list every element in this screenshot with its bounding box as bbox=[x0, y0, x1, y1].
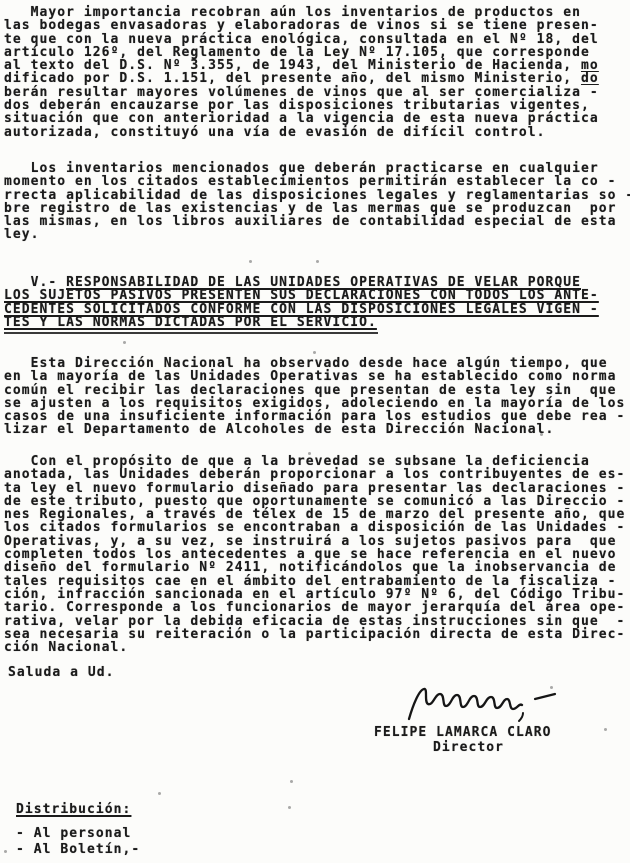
scan-noise-dot bbox=[290, 780, 293, 783]
section-heading-underlined-text: RESPONSABILIDAD DE LAS UNIDADES OPERATIV… bbox=[4, 275, 599, 330]
scanned-letter: Mayor importancia recobran aún los inven… bbox=[0, 0, 630, 863]
scan-noise-dot bbox=[540, 433, 543, 436]
paragraph-inventarios: Mayor importancia recobran aún los inven… bbox=[4, 6, 599, 139]
paragraph-proposito: Con el propósito de que a la brevedad se… bbox=[4, 455, 625, 654]
scan-noise-dot bbox=[308, 452, 311, 455]
signer-name: FELIPE LAMARCA CLARO bbox=[374, 726, 552, 739]
scan-noise-dot bbox=[550, 686, 553, 689]
section-heading-v: V.- RESPONSABILIDAD DE LAS UNIDADES OPER… bbox=[4, 276, 599, 329]
distribution-item-personal: - Al personal bbox=[16, 826, 131, 841]
paragraph-text: berán resultar mayores volúmenes de vino… bbox=[4, 85, 599, 140]
closing-salutation: Saluda a Ud. bbox=[8, 666, 115, 679]
scan-noise-dot bbox=[288, 806, 291, 809]
distribution-item: - Al personal - Al Boletín,- bbox=[16, 826, 140, 857]
signature-dash bbox=[535, 694, 555, 699]
heading-double-underline bbox=[4, 332, 378, 334]
scan-noise-dot bbox=[4, 850, 7, 853]
scan-noise-dot bbox=[313, 351, 316, 354]
scan-noise-dot bbox=[604, 728, 607, 731]
signature-stroke bbox=[409, 689, 522, 719]
distribution-heading: Distribución: bbox=[16, 803, 131, 816]
signature-scribble bbox=[405, 686, 567, 724]
scan-noise-dot bbox=[158, 792, 161, 795]
scan-noise-dot bbox=[249, 260, 252, 263]
signature-comma bbox=[519, 713, 523, 721]
document-page: { "colors": { "paper": "#fcfcfa", "ink":… bbox=[0, 0, 630, 863]
distribution-item-boletin: - Al Boletín,- bbox=[16, 842, 140, 857]
scan-noise-dot bbox=[316, 260, 319, 263]
signer-title: Director bbox=[433, 741, 504, 754]
paragraph-inventarios-mencionados: Los inventarios mencionados que deberán … bbox=[4, 162, 630, 242]
paragraph-text: Mayor importancia recobran aún los inven… bbox=[4, 5, 599, 73]
scan-noise-dot bbox=[123, 341, 126, 344]
paragraph-direccion-nacional: Esta Dirección Nacional ha observado des… bbox=[4, 357, 625, 437]
